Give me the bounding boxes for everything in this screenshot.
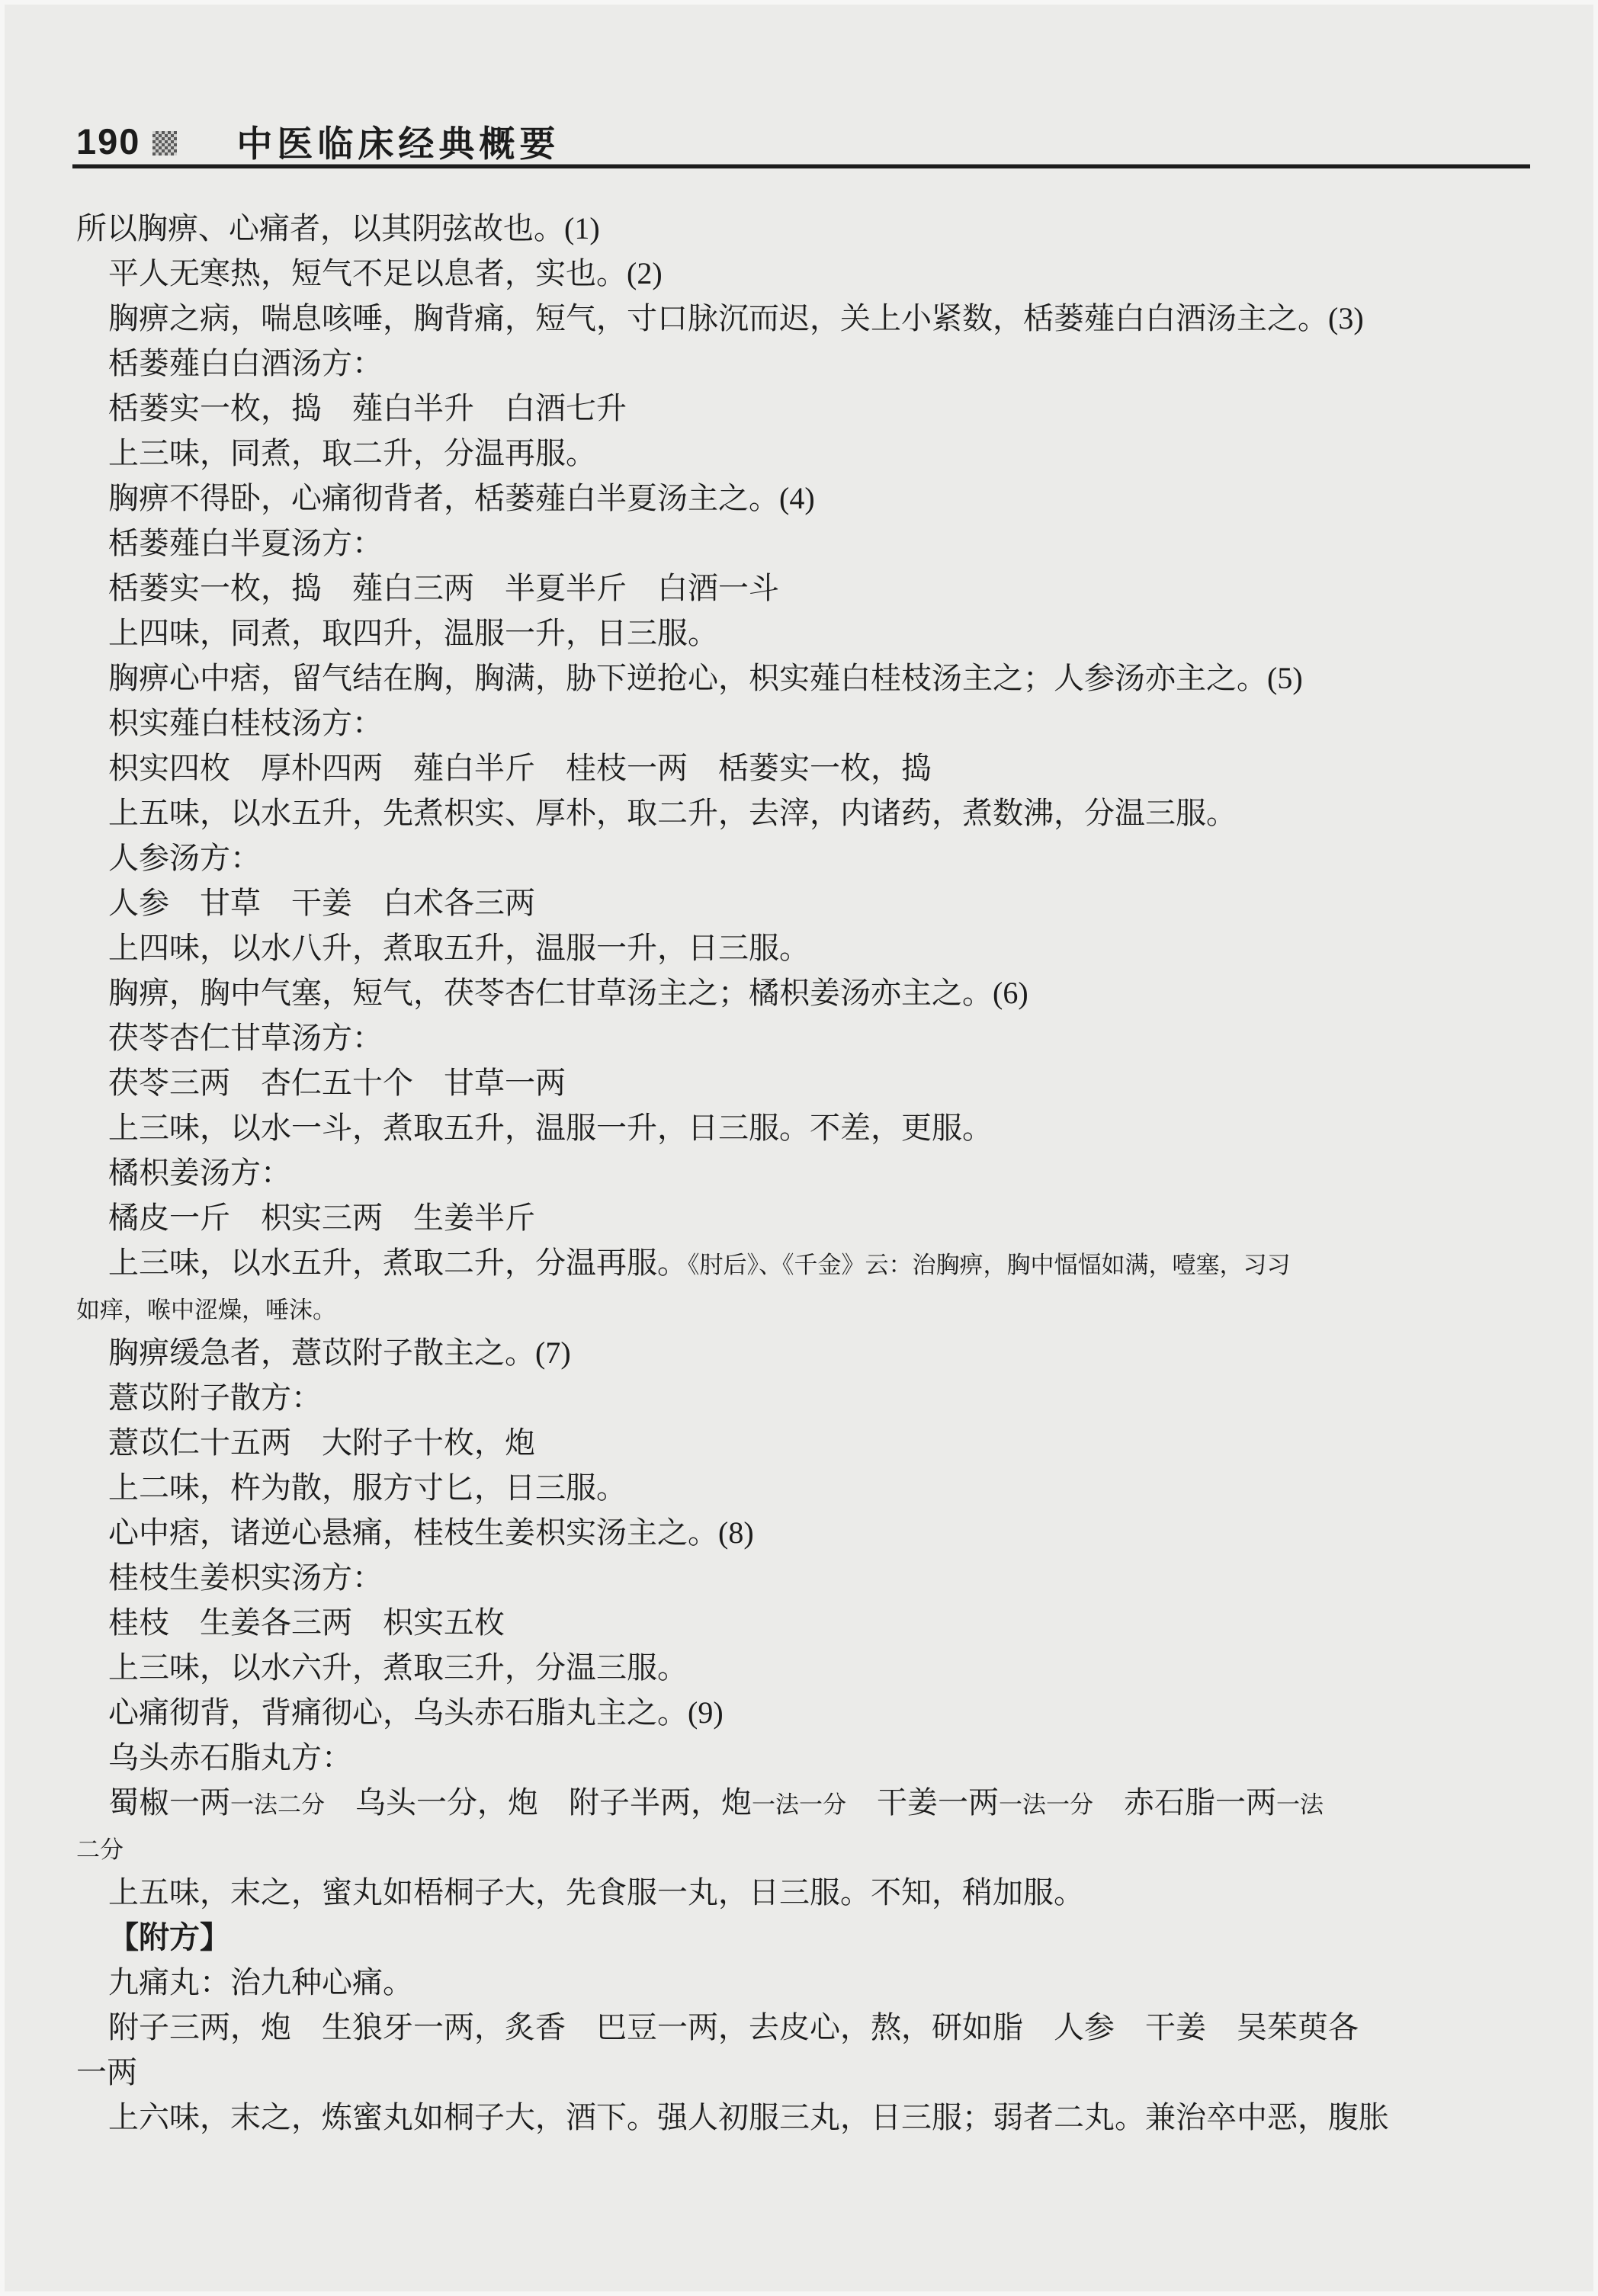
text-segment: 胸痹不得卧，心痛彻背者，栝蒌薤白半夏汤主之。(4) [108, 481, 815, 515]
text-line: 茯苓三两 杏仁五十个 甘草一两 [76, 1060, 1525, 1105]
text-segment: 一法二分 [230, 1791, 325, 1818]
text-segment: 茯苓杏仁甘草汤方： [108, 1021, 383, 1055]
text-line: 一两 [76, 2050, 1525, 2095]
text-segment: 桂枝生姜枳实汤方： [108, 1560, 383, 1595]
book-title: 中医临床经典概要 [236, 116, 560, 167]
text-line: 栝蒌实一枚，捣 薤白三两 半夏半斤 白酒一斗 [76, 566, 1525, 611]
text-line: 栝蒌实一枚，捣 薤白半升 白酒七升 [76, 386, 1525, 431]
scanned-book-page: 190 中医临床经典概要 所以胸痹、心痛者，以其阴弦故也。(1)平人无寒热，短气… [0, 0, 1598, 2296]
text-segment: 上五味，以水五升，先煮枳实、厚朴，取二升，去滓，内诸药，煮数沸，分温三服。 [108, 796, 1237, 830]
text-segment: 一法一分 [752, 1791, 846, 1818]
text-segment: 薏苡附子散方： [108, 1380, 322, 1415]
text-segment: 附子三两，炮 生狼牙一两，炙香 巴豆一两，去皮心，熬，研如脂 人参 干姜 吴茱萸… [108, 2010, 1359, 2044]
page-header: 190 中医临床经典概要 [76, 116, 560, 167]
text-line: 薏苡附子散方： [76, 1375, 1525, 1420]
text-line: 上四味，同煮，取四升，温服一升，日三服。 [76, 611, 1525, 656]
text-line: 茯苓杏仁甘草汤方： [76, 1015, 1525, 1060]
text-line: 橘皮一斤 枳实三两 生姜半斤 [76, 1195, 1525, 1240]
text-segment: 九痛丸：治九种心痛。 [108, 1965, 413, 1999]
text-line: 平人无寒热，短气不足以息者，实也。(2) [76, 251, 1525, 296]
text-segment: 胸痹缓急者，薏苡附子散主之。(7) [108, 1336, 571, 1370]
text-line: 栝蒌薤白白酒汤方： [76, 341, 1525, 386]
text-line: 上五味，末之，蜜丸如梧桐子大，先食服一丸，日三服。不知，稍加服。 [76, 1870, 1525, 1915]
text-segment: 一两 [76, 2055, 137, 2089]
text-segment: 心痛彻背，背痛彻心，乌头赤石脂丸主之。(9) [108, 1695, 724, 1730]
text-line: 乌头赤石脂丸方： [76, 1735, 1525, 1780]
text-block: 所以胸痹、心痛者，以其阴弦故也。(1)平人无寒热，短气不足以息者，实也。(2)胸… [76, 206, 1525, 2140]
text-segment: 上四味，以水八升，煮取五升，温服一升，日三服。 [108, 931, 810, 965]
text-line: 上五味，以水五升，先煮枳实、厚朴，取二升，去滓，内诸药，煮数沸，分温三服。 [76, 790, 1525, 835]
text-segment: 一法 [1276, 1791, 1324, 1818]
text-line: 蜀椒一两一法二分 乌头一分，炮 附子半两，炮一法一分 干姜一两一法一分 赤石脂一… [76, 1780, 1525, 1825]
text-line: 上四味，以水八升，煮取五升，温服一升，日三服。 [76, 925, 1525, 970]
text-line: 附子三两，炮 生狼牙一两，炙香 巴豆一两，去皮心，熬，研如脂 人参 干姜 吴茱萸… [76, 2005, 1525, 2050]
text-line: 九痛丸：治九种心痛。 [76, 1960, 1525, 2005]
text-segment: 枳实四枚 厚朴四两 薤白半斤 桂枝一两 栝蒌实一枚，捣 [108, 751, 932, 785]
text-segment: 栝蒌实一枚，捣 薤白半升 白酒七升 [108, 391, 627, 425]
text-segment: 赤石脂一两 [1093, 1785, 1276, 1820]
text-line: 二分 [76, 1825, 1525, 1870]
text-line: 人参 甘草 干姜 白术各三两 [76, 880, 1525, 925]
text-line: 薏苡仁十五两 大附子十枚，炮 [76, 1420, 1525, 1465]
text-segment: 乌头一分，炮 附子半两，炮 [325, 1785, 752, 1820]
text-segment: 胸痹心中痞，留气结在胸，胸满，胁下逆抢心，枳实薤白桂枝汤主之；人参汤亦主之。(5… [108, 661, 1303, 695]
text-line: 桂枝 生姜各三两 枳实五枚 [76, 1600, 1525, 1645]
text-segment: 【附方】 [108, 1921, 230, 1954]
text-line: 橘枳姜汤方： [76, 1150, 1525, 1195]
text-segment: 心中痞，诸逆心悬痛，桂枝生姜枳实汤主之。(8) [108, 1515, 754, 1550]
text-line: 上三味，同煮，取二升，分温再服。 [76, 431, 1525, 476]
text-line: 上二味，杵为散，服方寸匕，日三服。 [76, 1465, 1525, 1510]
page-number: 190 [76, 120, 140, 162]
text-line: 枳实四枚 厚朴四两 薤白半斤 桂枝一两 栝蒌实一枚，捣 [76, 746, 1525, 790]
text-segment: 胸痹之病，喘息咳唾，胸背痛，短气，寸口脉沉而迟，关上小紧数，栝蒌薤白白酒汤主之。… [108, 301, 1364, 335]
text-segment: 栝蒌薤白半夏汤方： [108, 526, 383, 560]
text-line: 如痒，喉中涩燥，唾沫。 [76, 1285, 1525, 1330]
text-line: 上三味，以水五升，煮取二升，分温再服。《肘后》、《千金》云：治胸痹，胸中愊愊如满… [76, 1240, 1525, 1285]
text-segment: 一法一分 [999, 1791, 1093, 1818]
text-line: 上三味，以水六升，煮取三升，分温三服。 [76, 1645, 1525, 1690]
text-line: 心中痞，诸逆心悬痛，桂枝生姜枳实汤主之。(8) [76, 1510, 1525, 1555]
text-line: 胸痹之病，喘息咳唾，胸背痛，短气，寸口脉沉而迟，关上小紧数，栝蒌薤白白酒汤主之。… [76, 296, 1525, 341]
text-line: 【附方】 [76, 1915, 1525, 1960]
text-segment: 胸痹，胸中气塞，短气，茯苓杏仁甘草汤主之；橘枳姜汤亦主之。(6) [108, 976, 1028, 1010]
text-line: 胸痹不得卧，心痛彻背者，栝蒌薤白半夏汤主之。(4) [76, 476, 1525, 521]
text-segment: 所以胸痹、心痛者，以其阴弦故也。(1) [76, 211, 600, 245]
text-segment: 《肘后》、《千金》云：治胸痹，胸中愊愊如满，噎塞，习习 [688, 1252, 1291, 1278]
header-divider [72, 164, 1530, 168]
text-segment: 乌头赤石脂丸方： [108, 1740, 352, 1775]
text-segment: 二分 [76, 1836, 124, 1863]
text-segment: 上三味，以水六升，煮取三升，分温三服。 [108, 1650, 688, 1685]
text-segment: 干姜一两 [846, 1785, 999, 1820]
text-segment: 上二味，杵为散，服方寸匕，日三服。 [108, 1470, 627, 1505]
text-line: 桂枝生姜枳实汤方： [76, 1555, 1525, 1600]
text-segment: 蜀椒一两 [108, 1785, 230, 1820]
text-line: 上六味，末之，炼蜜丸如桐子大，酒下。强人初服三丸，日三服；弱者二丸。兼治卒中恶，… [76, 2095, 1525, 2140]
text-segment: 枳实薤白桂枝汤方： [108, 706, 383, 740]
text-line: 上三味，以水一斗，煮取五升，温服一升，日三服。不差，更服。 [76, 1105, 1525, 1150]
text-line: 栝蒌薤白半夏汤方： [76, 521, 1525, 566]
text-segment: 橘枳姜汤方： [108, 1156, 291, 1190]
text-segment: 薏苡仁十五两 大附子十枚，炮 [108, 1425, 535, 1460]
text-segment: 上六味，末之，炼蜜丸如桐子大，酒下。强人初服三丸，日三服；弱者二丸。兼治卒中恶，… [108, 2100, 1389, 2134]
text-line: 胸痹心中痞，留气结在胸，胸满，胁下逆抢心，枳实薤白桂枝汤主之；人参汤亦主之。(5… [76, 656, 1525, 701]
text-segment: 桂枝 生姜各三两 枳实五枚 [108, 1605, 505, 1640]
text-segment: 上三味，以水一斗，煮取五升，温服一升，日三服。不差，更服。 [108, 1111, 993, 1145]
text-segment: 上五味，末之，蜜丸如梧桐子大，先食服一丸，日三服。不知，稍加服。 [108, 1875, 1084, 1910]
text-segment: 人参 甘草 干姜 白术各三两 [108, 886, 535, 920]
text-segment: 上四味，同煮，取四升，温服一升，日三服。 [108, 616, 718, 650]
text-segment: 平人无寒热，短气不足以息者，实也。(2) [108, 256, 663, 290]
text-line: 胸痹，胸中气塞，短气，茯苓杏仁甘草汤主之；橘枳姜汤亦主之。(6) [76, 970, 1525, 1015]
text-segment: 人参汤方： [108, 841, 261, 875]
text-segment: 栝蒌实一枚，捣 薤白三两 半夏半斤 白酒一斗 [108, 571, 779, 605]
text-line: 胸痹缓急者，薏苡附子散主之。(7) [76, 1330, 1525, 1375]
text-segment: 茯苓三两 杏仁五十个 甘草一两 [108, 1066, 566, 1100]
text-line: 心痛彻背，背痛彻心，乌头赤石脂丸主之。(9) [76, 1690, 1525, 1735]
text-line: 枳实薤白桂枝汤方： [76, 701, 1525, 746]
text-segment: 栝蒌薤白白酒汤方： [108, 346, 383, 380]
checkered-square-icon [152, 131, 177, 156]
text-segment: 上三味，同煮，取二升，分温再服。 [108, 436, 596, 470]
text-segment: 如痒，喉中涩燥，唾沫。 [76, 1297, 336, 1323]
text-segment: 橘皮一斤 枳实三两 生姜半斤 [108, 1201, 535, 1235]
text-line: 所以胸痹、心痛者，以其阴弦故也。(1) [76, 206, 1525, 251]
text-segment: 上三味，以水五升，煮取二升，分温再服。 [108, 1246, 688, 1280]
text-line: 人参汤方： [76, 835, 1525, 880]
